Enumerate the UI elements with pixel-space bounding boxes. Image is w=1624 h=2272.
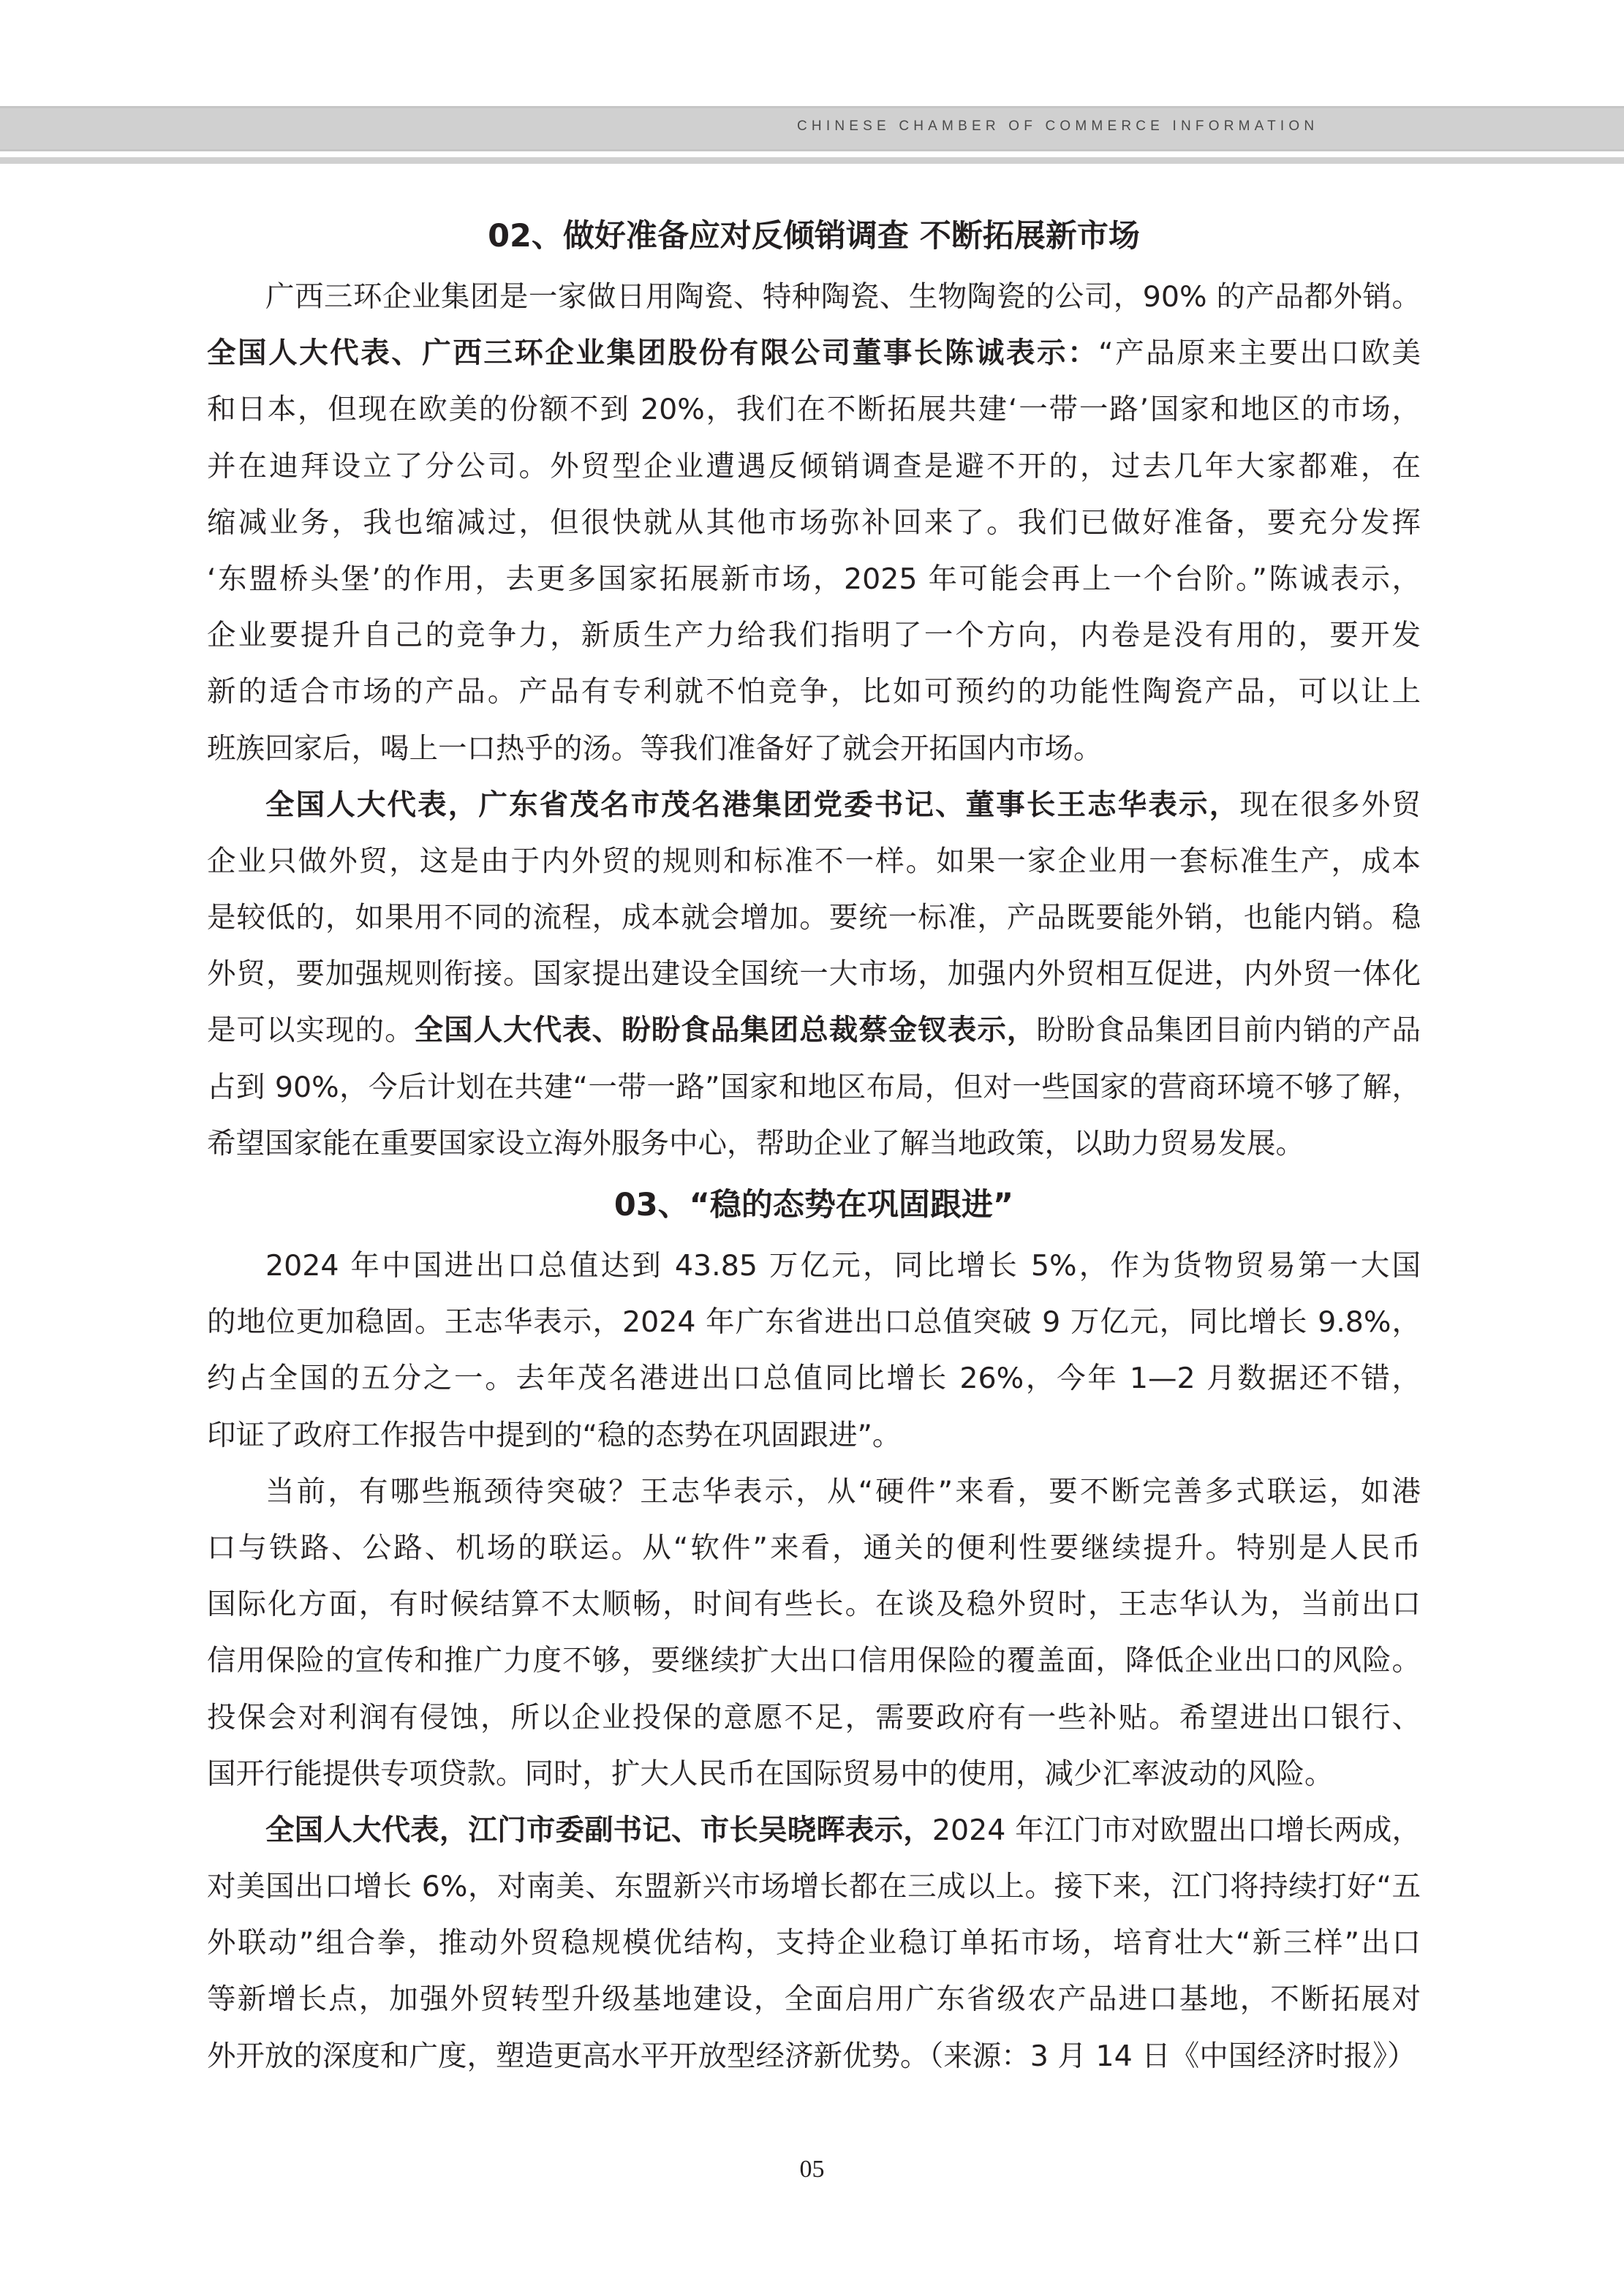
text-line: 是可以实现的。全国人大代表、盼盼食品集团总裁蔡金钗表示，盼盼食品集团目前内销的产… — [207, 1003, 1421, 1059]
text-run: 占到 90%，今后计划在共建“一带一路”国家和地区布局，但对一些国家的营商环境不… — [207, 1071, 1421, 1104]
publication-title: CHINESE CHAMBER OF COMMERCE INFORMATION — [797, 118, 1318, 135]
text-line: 是较低的，如果用不同的流程，成本就会增加。要统一标准，产品既要能外销，也能内销。… — [207, 890, 1421, 946]
text-run: 企业只做外贸，这是由于内外贸的规则和标准不一样。如果一家企业用一套标准生产，成本 — [207, 845, 1421, 878]
text-run: 2024 年江门市对欧盟出口增长两成， — [932, 1814, 1421, 1847]
text-run: 是可以实现的。 — [207, 1014, 415, 1047]
text-run: 企业要提升自己的竞争力，新质生产力给我们指明了一个方向，内卷是没有用的，要开发 — [207, 619, 1421, 652]
text-run: 和日本，但现在欧美的份额不到 20%，我们在不断拓展共建‘一带一路’国家和地区的… — [207, 393, 1421, 426]
paragraph: 全国人大代表，江门市委副书记、市长吴晓晖表示，2024 年江门市对欧盟出口增长两… — [207, 1803, 1421, 2085]
text-line: 外开放的深度和广度，塑造更高水平开放型经济新优势。（来源：3 月 14 日《中国… — [207, 2028, 1421, 2085]
speaker-attribution: 全国人大代表、广西三环企业集团股份有限公司董事长陈诚表示： — [207, 336, 1098, 370]
text-run: 印证了政府工作报告中提到的“稳的态势在巩固跟进”。 — [207, 1419, 901, 1452]
text-line: 全国人大代表，江门市委副书记、市长吴晓晖表示，2024 年江门市对欧盟出口增长两… — [207, 1803, 1421, 1859]
text-line: 广西三环企业集团是一家做日用陶瓷、特种陶瓷、生物陶瓷的公司，90% 的产品都外销… — [207, 269, 1421, 325]
text-line: 印证了政府工作报告中提到的“稳的态势在巩固跟进”。 — [207, 1408, 1421, 1464]
paragraph: 当前，有哪些瓶颈待突破？王志华表示，从“硬件”来看，要不断完善多式联运，如港口与… — [207, 1464, 1421, 1803]
text-run: 外贸，要加强规则衔接。国家提出建设全国统一大市场，加强内外贸相互促进，内外贸一体… — [207, 957, 1421, 991]
text-run: 盼盼食品集团目前内销的产品 — [1036, 1014, 1421, 1047]
text-line: 外贸，要加强规则衔接。国家提出建设全国统一大市场，加强内外贸相互促进，内外贸一体… — [207, 946, 1421, 1003]
text-line: 并在迪拜设立了分公司。外贸型企业遭遇反倾销调查是避不开的，过去几年大家都难，在 — [207, 439, 1421, 495]
speaker-attribution: 全国人大代表、盼盼食品集团总裁蔡金钗表示， — [415, 1014, 1037, 1047]
text-run: 国际化方面，有时候结算不太顺畅，时间有些长。在谈及稳外贸时，王志华认为，当前出口 — [207, 1588, 1421, 1621]
text-line: 口与铁路、公路、机场的联运。从“软件”来看，通关的便利性要继续提升。特别是人民币 — [207, 1520, 1421, 1577]
text-line: 全国人大代表，广东省茂名市茂名港集团党委书记、董事长王志华表示，现在很多外贸 — [207, 777, 1421, 834]
paragraph: 2024 年中国进出口总值达到 43.85 万亿元，同比增长 5%，作为货物贸易… — [207, 1238, 1421, 1464]
text-run: 班族回家后，喝上一口热乎的汤。等我们准备好了就会开拓国内市场。 — [207, 732, 1103, 766]
text-run: 并在迪拜设立了分公司。外贸型企业遭遇反倾销调查是避不开的，过去几年大家都难，在 — [207, 450, 1421, 483]
text-line: 企业只做外贸，这是由于内外贸的规则和标准不一样。如果一家企业用一套标准生产，成本 — [207, 834, 1421, 890]
text-line: 国际化方面，有时候结算不太顺畅，时间有些长。在谈及稳外贸时，王志华认为，当前出口 — [207, 1577, 1421, 1633]
text-line: 缩减业务，我也缩减过，但很快就从其他市场弥补回来了。我们已做好准备，要充分发挥 — [207, 495, 1421, 551]
speaker-attribution: 全国人大代表，江门市委副书记、市长吴晓晖表示， — [265, 1814, 932, 1847]
article-body: 02、做好准备应对反倾销调查 不断拓展新市场广西三环企业集团是一家做日用陶瓷、特… — [207, 203, 1421, 2085]
text-line: 全国人大代表、广西三环企业集团股份有限公司董事长陈诚表示：“产品原来主要出口欧美 — [207, 325, 1421, 382]
text-run: 约占全国的五分之一。去年茂名港进出口总值同比增长 26%，今年 1—2 月数据还… — [207, 1362, 1421, 1395]
page-number: 05 — [0, 2156, 1624, 2184]
text-run: 当前，有哪些瓶颈待突破？王志华表示，从“硬件”来看，要不断完善多式联运，如港 — [265, 1475, 1421, 1509]
text-run: 外开放的深度和广度，塑造更高水平开放型经济新优势。（来源：3 月 14 日《中国… — [207, 2039, 1416, 2073]
text-run: 广西三环企业集团是一家做日用陶瓷、特种陶瓷、生物陶瓷的公司，90% 的产品都外销… — [265, 280, 1421, 314]
text-run: “产品原来主要出口欧美 — [1098, 336, 1421, 370]
text-line: 2024 年中国进出口总值达到 43.85 万亿元，同比增长 5%，作为货物贸易… — [207, 1238, 1421, 1294]
text-line: 的地位更加稳固。王志华表示，2024 年广东省进出口总值突破 9 万亿元，同比增… — [207, 1294, 1421, 1351]
text-run: 口与铁路、公路、机场的联运。从“软件”来看，通关的便利性要继续提升。特别是人民币 — [207, 1531, 1421, 1565]
text-run: 外联动”组合拳，推动外贸稳规模优结构，支持企业稳订单拓市场，培育壮大“新三样”出… — [207, 1926, 1421, 1960]
text-line: 约占全国的五分之一。去年茂名港进出口总值同比增长 26%，今年 1—2 月数据还… — [207, 1351, 1421, 1407]
section-title: 03、“稳的态势在巩固跟进” — [207, 1172, 1421, 1238]
header-divider — [0, 157, 1624, 164]
text-line: 企业要提升自己的竞争力，新质生产力给我们指明了一个方向，内卷是没有用的，要开发 — [207, 608, 1421, 664]
text-line: 当前，有哪些瓶颈待突破？王志华表示，从“硬件”来看，要不断完善多式联运，如港 — [207, 1464, 1421, 1520]
text-run: 新的适合市场的产品。产品有专利就不怕竞争，比如可预约的功能性陶瓷产品，可以让上 — [207, 675, 1421, 709]
text-run: 缩减业务，我也缩减过，但很快就从其他市场弥补回来了。我们已做好准备，要充分发挥 — [207, 506, 1421, 540]
section-title: 02、做好准备应对反倾销调查 不断拓展新市场 — [207, 203, 1421, 269]
text-run: 国开行能提供专项贷款。同时，扩大人民币在国际贸易中的使用，减少汇率波动的风险。 — [207, 1757, 1334, 1791]
text-line: 新的适合市场的产品。产品有专利就不怕竞争，比如可预约的功能性陶瓷产品，可以让上 — [207, 664, 1421, 720]
text-line: 等新增长点，加强外贸转型升级基地建设，全面启用广东省级农产品进口基地，不断拓展对 — [207, 1971, 1421, 2028]
text-line: 和日本，但现在欧美的份额不到 20%，我们在不断拓展共建‘一带一路’国家和地区的… — [207, 382, 1421, 438]
text-run: 等新增长点，加强外贸转型升级基地建设，全面启用广东省级农产品进口基地，不断拓展对 — [207, 1982, 1421, 2016]
text-line: 投保会对利润有侵蚀，所以企业投保的意愿不足，需要政府有一些补贴。希望进出口银行、 — [207, 1690, 1421, 1746]
text-run: 希望国家能在重要国家设立海外服务中心，帮助企业了解当地政策，以助力贸易发展。 — [207, 1127, 1304, 1160]
header-band: CHINESE CHAMBER OF COMMERCE INFORMATION — [0, 106, 1624, 151]
text-line: 国开行能提供专项贷款。同时，扩大人民币在国际贸易中的使用，减少汇率波动的风险。 — [207, 1746, 1421, 1803]
text-run: 的地位更加稳固。王志华表示，2024 年广东省进出口总值突破 9 万亿元，同比增… — [207, 1305, 1421, 1339]
speaker-attribution: 全国人大代表，广东省茂名市茂名港集团党委书记、董事长王志华表示， — [265, 788, 1239, 822]
text-run: 对美国出口增长 6%，对南美、东盟新兴市场增长都在三成以上。接下来，江门将持续打… — [207, 1870, 1421, 1903]
text-line: ‘东盟桥头堡’的作用，去更多国家拓展新市场，2025 年可能会再上一个台阶。”陈… — [207, 551, 1421, 608]
text-line: 占到 90%，今后计划在共建“一带一路”国家和地区布局，但对一些国家的营商环境不… — [207, 1060, 1421, 1116]
paragraph: 广西三环企业集团是一家做日用陶瓷、特种陶瓷、生物陶瓷的公司，90% 的产品都外销… — [207, 269, 1421, 777]
text-run: 是较低的，如果用不同的流程，成本就会增加。要统一标准，产品既要能外销，也能内销。… — [207, 901, 1421, 935]
paragraph: 全国人大代表，广东省茂名市茂名港集团党委书记、董事长王志华表示，现在很多外贸企业… — [207, 777, 1421, 1172]
text-line: 希望国家能在重要国家设立海外服务中心，帮助企业了解当地政策，以助力贸易发展。 — [207, 1116, 1421, 1172]
text-line: 外联动”组合拳，推动外贸稳规模优结构，支持企业稳订单拓市场，培育壮大“新三样”出… — [207, 1915, 1421, 1971]
text-run: 2024 年中国进出口总值达到 43.85 万亿元，同比增长 5%，作为货物贸易… — [265, 1249, 1421, 1283]
text-run: 信用保险的宣传和推广力度不够，要继续扩大出口信用保险的覆盖面，降低企业出口的风险… — [207, 1644, 1421, 1677]
text-run: 投保会对利润有侵蚀，所以企业投保的意愿不足，需要政府有一些补贴。希望进出口银行、 — [207, 1701, 1421, 1735]
text-line: 对美国出口增长 6%，对南美、东盟新兴市场增长都在三成以上。接下来，江门将持续打… — [207, 1859, 1421, 1915]
text-line: 班族回家后，喝上一口热乎的汤。等我们准备好了就会开拓国内市场。 — [207, 721, 1421, 777]
text-line: 信用保险的宣传和推广力度不够，要继续扩大出口信用保险的覆盖面，降低企业出口的风险… — [207, 1633, 1421, 1689]
text-run: ‘东盟桥头堡’的作用，去更多国家拓展新市场，2025 年可能会再上一个台阶。”陈… — [207, 562, 1421, 596]
text-run: 现在很多外贸 — [1239, 788, 1421, 822]
